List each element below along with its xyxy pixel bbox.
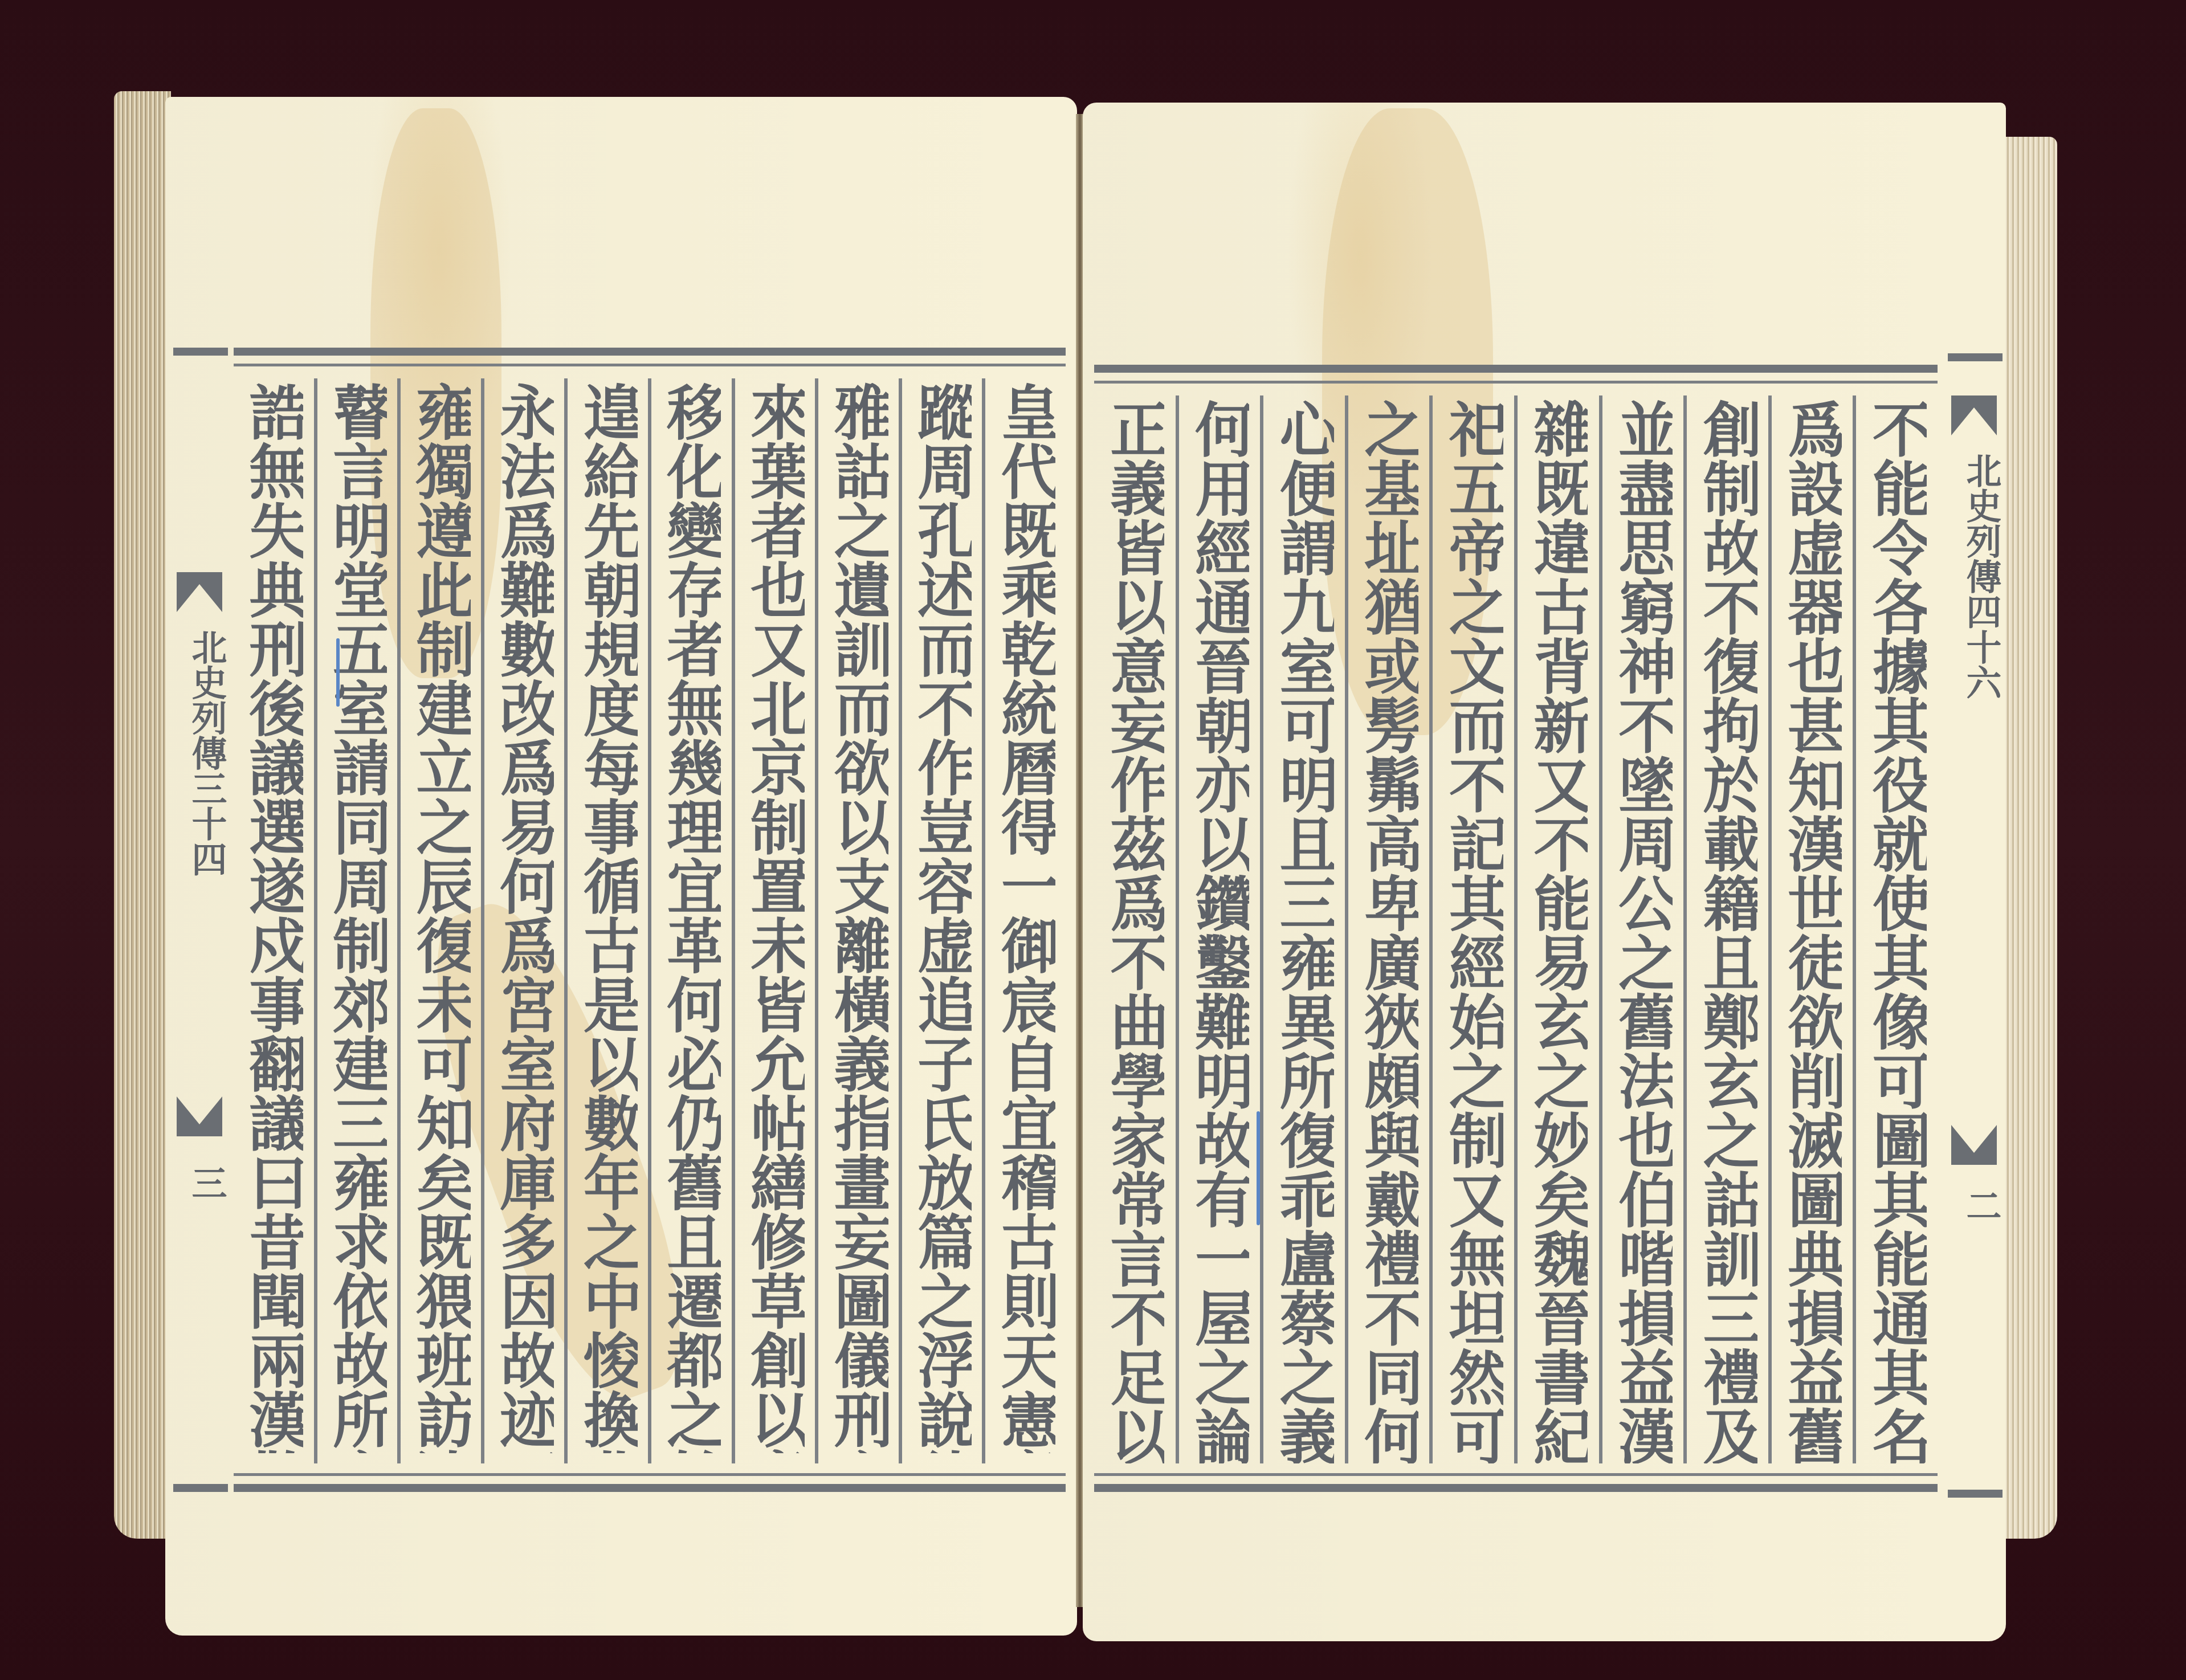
left-page-fold-margin: 北史列傳三十四 三 [173,348,228,1492]
right-page-fold-margin: 北史列傳四十六 二 [1948,353,2003,1498]
text-column: 誥無失典刑後議選遂戍事翻議曰昔聞兩漢敬於西北 [234,378,314,1463]
text-column: 之基址猶或髣髴高卑廣狹頗與戴禮不同何得以意抑 [1345,395,1430,1463]
text-column: 雅詁之遺訓而欲以支離橫義指畫妄圖儀刑宇宙而貽 [815,378,899,1463]
right-page-edges [2000,137,2057,1539]
text-column: 創制故不復拘於載籍且鄭玄之詁訓三禮及釋五經異義 [1683,395,1768,1463]
text-column: 遑給先朝規度每事循古是以數年之中悛換非一良以 [564,378,648,1463]
banxin-folio: 三 [181,1165,232,1200]
fishtail-top-icon [1951,395,1997,435]
text-column: 心便謂九室可明且三雍異所復乖盧蔡之義進退無據 [1260,395,1345,1463]
fishtail-top-icon [177,572,222,612]
right-text-frame: 不能令各據其役就使其像可圖其能通其名用之禮此 爲設虚器也甚知漢世徒欲削滅圖典損益… [1094,365,1938,1492]
right-text-columns: 不能令各據其役就使其像可圖其能通其名用之禮此 爲設虚器也甚知漢世徒欲削滅圖典損益… [1094,395,1938,1463]
text-column: 爲設虚器也甚知漢世徒欲削滅圖典損益舊章改物 [1768,395,1853,1463]
text-column: 雍獨遵此制建立之辰復未可知矣既猥班訪逮輒輕率 [397,378,481,1463]
text-column: 正義皆以意妄作茲爲不曲學家常言不足以範時軌世 [1094,395,1176,1463]
text-column: 祀五帝之文而不記其經始之制又無坦然可準觀夫今 [1429,395,1514,1463]
banxin-title: 北史列傳四十六 [1956,452,2006,700]
left-page: 北史列傳三十四 三 皇代既乘乾統曆得一御宸自宜稽古則天憲章文武追 蹤周孔述而不作… [165,97,1077,1636]
text-column: 蹤周孔述而不作豈容虚追子氏放篇之浮說徒損經紀 [899,378,982,1463]
text-column: 皇代既乘乾統曆得一御宸自宜稽古則天憲章文武追 [982,378,1066,1463]
text-column: 不能令各據其役就使其像可圖其能通其名用之禮此 [1853,395,1938,1463]
open-book: 北史列傳三十四 三 皇代既乘乾統曆得一御宸自宜稽古則天憲章文武追 蹤周孔述而不作… [114,80,2057,1636]
left-text-frame: 皇代既乘乾統曆得一御宸自宜稽古則天憲章文武追 蹤周孔述而不作豈容虚追子氏放篇之浮… [234,348,1066,1492]
fishtail-bottom-icon [1951,1125,1997,1165]
blue-pen-mark [1257,1111,1260,1225]
left-text-columns: 皇代既乘乾統曆得一御宸自宜稽古則天憲章文武追 蹤周孔述而不作豈容虚追子氏放篇之浮… [234,378,1066,1463]
text-column: 永法爲難數改爲易何爲宮室府庫多因故迹而明堂辟 [481,378,565,1463]
blue-pen-mark [336,638,340,707]
left-page-edges [114,91,171,1539]
banxin-folio: 二 [1956,1188,2006,1223]
fishtail-bottom-icon [177,1096,222,1136]
text-column: 來葉者也又北京制置未皆允帖繕修草創以意良多事 [732,378,815,1463]
text-column: 雜既違古背新又不能易玄之妙矣魏晉書紀亦有明堂 [1514,395,1599,1463]
text-column: 瞽言明堂五室請同周制郊建三雍求依故所庶有會經 [314,378,398,1463]
banxin-title: 北史列傳三十四 [181,629,232,876]
text-column: 移化變存者無幾理宜革何必仍舊且遷都之始日不 [648,378,732,1463]
text-column: 並盡思窮神不墜周公之舊法也伯喈損益漢制章句繁 [1599,395,1684,1463]
right-page: 不能令各據其役就使其像可圖其能通其名用之禮此 爲設虚器也甚知漢世徒欲削滅圖典損益… [1083,103,2006,1641]
text-column: 何用經通晉朝亦以鑽鑿難明故有一屋之論並非經典 [1176,395,1261,1463]
